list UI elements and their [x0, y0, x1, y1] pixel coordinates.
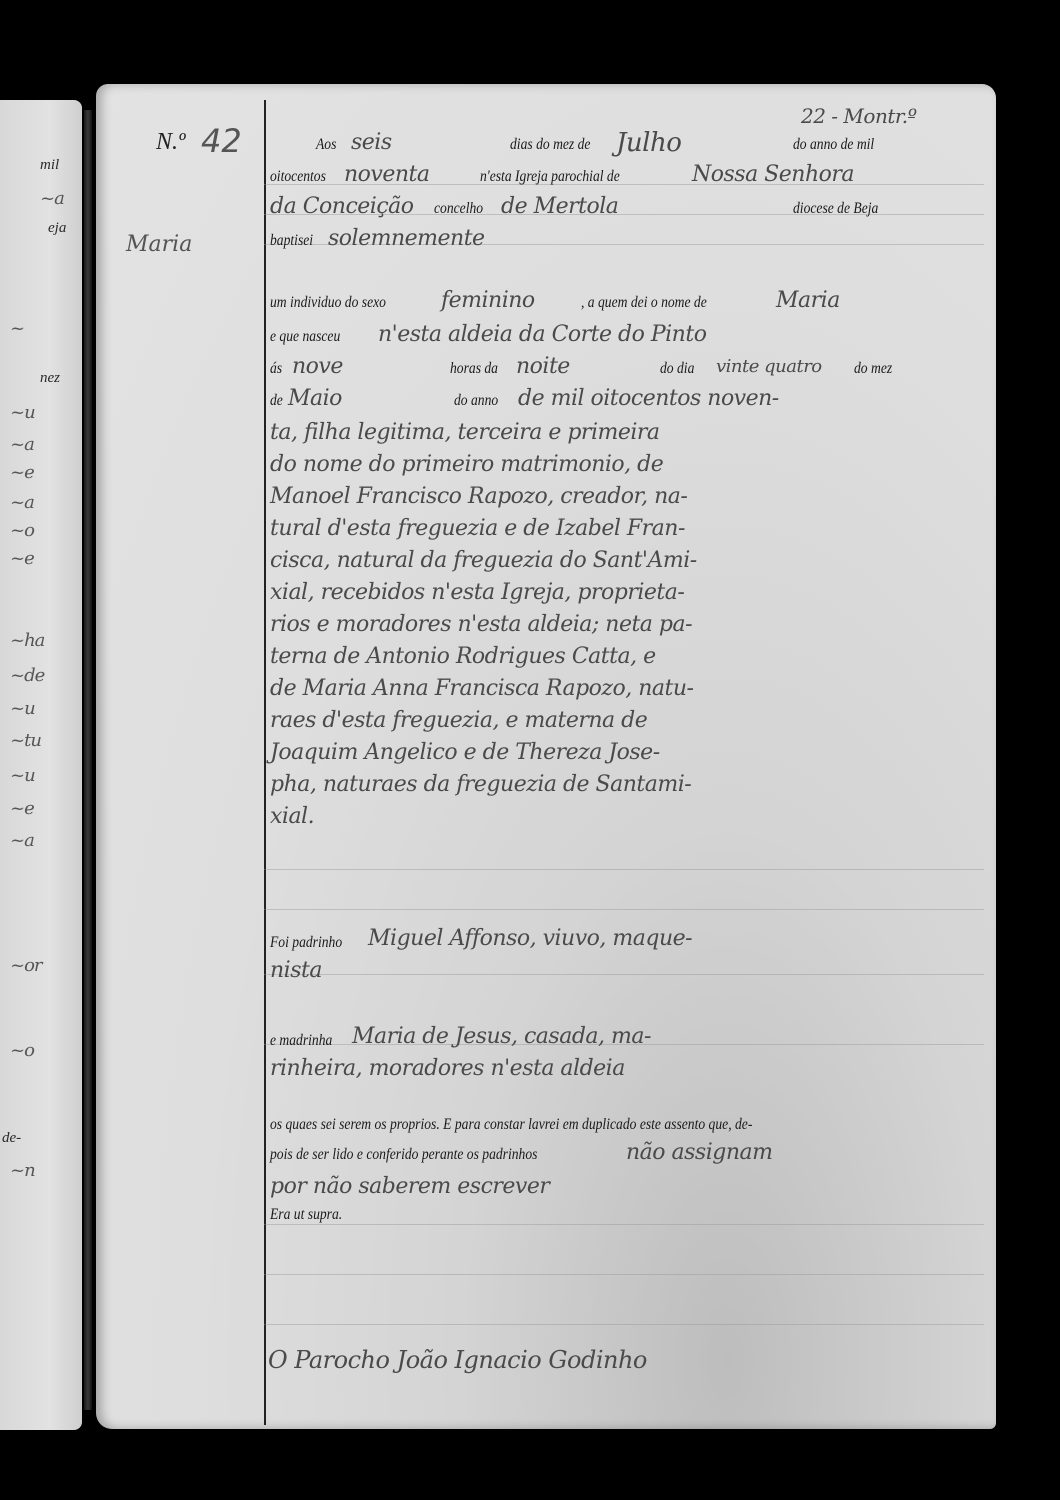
printed-text: oitocentos: [270, 168, 326, 186]
left-handwritten-fragment: ~u: [10, 765, 35, 786]
left-handwritten-fragment: ~a: [10, 492, 34, 513]
margin-name: Maria: [126, 232, 192, 257]
left-handwritten-fragment: ~a: [40, 188, 64, 209]
handwritten-body-line: tural d'esta freguezia e de Izabel Fran-: [270, 516, 685, 541]
left-handwritten-fragment: ~tu: [10, 730, 41, 751]
handwritten-body-line: xial, recebidos n'esta Igreja, proprieta…: [270, 580, 684, 605]
handwritten-body-line: Joaquim Angelico e de Thereza Jose-: [270, 740, 660, 765]
handwritten-sex: feminino: [441, 288, 535, 313]
left-handwritten-fragment: ~de: [10, 665, 44, 686]
ruled-line: [264, 1324, 984, 1325]
left-printed-fragment: de-: [2, 1130, 21, 1147]
printed-text: do dia: [660, 360, 694, 378]
printed-text: ás: [270, 360, 282, 378]
left-handwritten-fragment: ~: [10, 318, 24, 339]
handwritten-parish: Nossa Senhora: [692, 162, 854, 187]
entry-number: 42: [201, 122, 242, 160]
godmother-label: e madrinha: [270, 1032, 332, 1050]
ruled-line: [264, 974, 984, 975]
handwritten-day: seis: [351, 130, 392, 155]
closing-handwritten: não assignam: [626, 1140, 773, 1165]
margin-rule: [264, 100, 266, 1425]
closing-text: pois de ser lido e conferido perante os …: [270, 1146, 537, 1164]
book-spine: [84, 110, 92, 1410]
printed-text: do anno: [454, 392, 498, 410]
left-handwritten-fragment: ~or: [10, 955, 42, 976]
left-page-fragment: mil eja nez de- ~a ~ ~u ~a ~e ~a ~o ~e ~…: [0, 100, 82, 1430]
left-handwritten-fragment: ~e: [10, 798, 34, 819]
printed-text: diocese de Beja: [793, 200, 878, 218]
handwritten-body-line: cisca, natural da freguezia do Sant'Ami-: [270, 548, 697, 573]
register-page: N.º 42 Maria 22 - Montr.º Aos seis dias …: [96, 84, 996, 1429]
handwritten-birthplace: n'esta aldeia da Corte do Pinto: [378, 322, 706, 347]
ruled-line: [264, 869, 984, 870]
handwritten-daypart: noite: [516, 354, 570, 379]
left-handwritten-fragment: ~u: [10, 698, 35, 719]
handwritten-body-line: rios e moradores n'esta aldeia; neta pa-: [270, 612, 692, 637]
handwritten-body-line: terna de Antonio Rodrigues Catta, e: [270, 644, 656, 669]
left-handwritten-fragment: ~ha: [10, 630, 44, 651]
handwritten-body-line: pha, naturaes da freguezia de Santami-: [270, 772, 691, 797]
printed-text: e que nasceu: [270, 328, 340, 346]
left-handwritten-fragment: ~e: [10, 548, 34, 569]
printed-text: um individuo do sexo: [270, 294, 386, 312]
handwritten-hour: nove: [292, 354, 343, 379]
handwritten-month: Julho: [616, 128, 681, 158]
handwritten-body-line: xial.: [270, 804, 314, 829]
handwritten-parish-cont: da Conceição: [270, 194, 414, 219]
left-handwritten-fragment: ~e: [10, 462, 34, 483]
left-handwritten-fragment: ~a: [10, 830, 34, 851]
printed-text: do anno de mil: [793, 136, 874, 154]
handwritten-body-line: ta, filha legitima, terceira e primeira: [270, 420, 660, 445]
left-printed-fragment: eja: [48, 220, 66, 237]
margin-note: 22 - Montr.º: [801, 104, 916, 128]
printed-text: concelho: [434, 200, 483, 218]
ruled-line: [264, 1224, 984, 1225]
printed-text: dias do mez de: [510, 136, 590, 154]
left-printed-fragment: mil: [40, 157, 59, 174]
ruled-line: [264, 909, 984, 910]
closing-handwritten: por não saberem escrever: [270, 1174, 549, 1199]
printed-text: do mez: [854, 360, 892, 378]
handwritten-birth-day: vinte quatro: [716, 356, 822, 377]
godfather-label: Foi padrinho: [270, 934, 342, 952]
priest-signature: O Parocho João Ignacio Godinho: [268, 1346, 647, 1374]
era-ut-supra: Era ut supra.: [270, 1206, 342, 1224]
handwritten-body-line: de Maria Anna Francisca Rapozo, natu-: [270, 676, 693, 701]
left-handwritten-fragment: ~n: [10, 1160, 35, 1181]
handwritten-birth-month: Maio: [288, 386, 342, 411]
closing-text: os quaes sei serem os proprios. E para c…: [270, 1116, 752, 1134]
printed-text: horas da: [450, 360, 498, 378]
printed-text: baptisei: [270, 232, 313, 250]
handwritten-birth-year: de mil oitocentos noven-: [518, 386, 779, 411]
handwritten-body-line: raes d'esta freguezia, e materna de: [270, 708, 647, 733]
entry-number-label: N.º: [156, 129, 185, 156]
handwritten-manner: solemnemente: [328, 226, 485, 251]
printed-text: de: [270, 392, 283, 410]
left-handwritten-fragment: ~a: [10, 434, 34, 455]
godmother-text-cont: rinheira, moradores n'esta aldeia: [270, 1056, 625, 1081]
godfather-text: Miguel Affonso, viuvo, maque-: [368, 926, 692, 951]
handwritten-year: noventa: [344, 162, 430, 187]
handwritten-name: Maria: [776, 288, 840, 313]
printed-text: n'esta Igreja parochial de: [480, 168, 620, 186]
handwritten-council: de Mertola: [501, 194, 618, 219]
left-handwritten-fragment: ~o: [10, 520, 34, 541]
handwritten-body-line: Manoel Francisco Rapozo, creador, na-: [270, 484, 687, 509]
godmother-text: Maria de Jesus, casada, ma-: [352, 1024, 651, 1049]
left-printed-fragment: nez: [40, 370, 60, 387]
godfather-text-cont: nista: [270, 958, 322, 983]
left-handwritten-fragment: ~o: [10, 1040, 34, 1061]
handwritten-body-line: do nome do primeiro matrimonio, de: [270, 452, 663, 477]
printed-text: Aos: [316, 136, 336, 154]
printed-text: , a quem dei o nome de: [581, 294, 707, 312]
ruled-line: [264, 1274, 984, 1275]
left-handwritten-fragment: ~u: [10, 402, 35, 423]
